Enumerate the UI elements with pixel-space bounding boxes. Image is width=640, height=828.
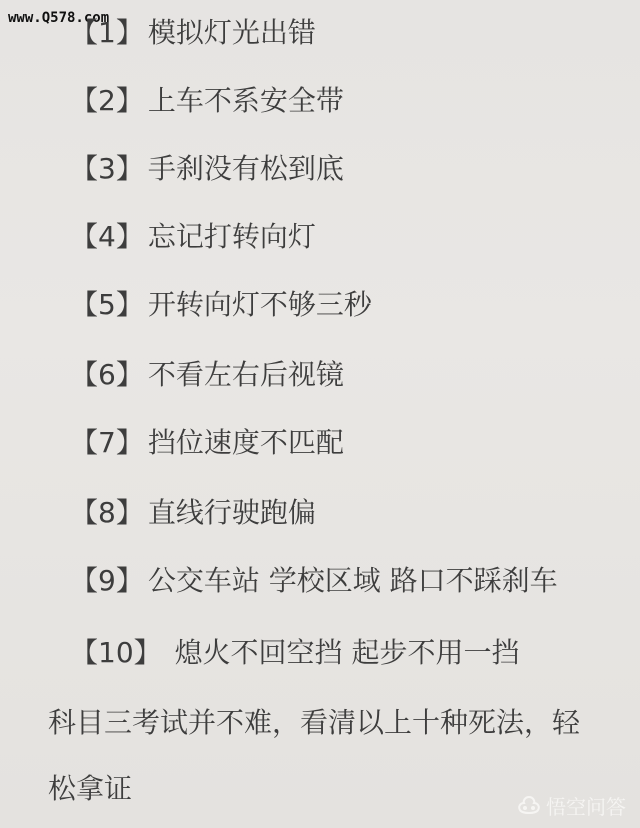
- brand-watermark: 悟空问答: [516, 791, 626, 820]
- list-item: 【10】 熄火不回空挡 起步不用一挡: [70, 636, 519, 670]
- list-item: 【4】忘记打转向灯: [70, 220, 316, 254]
- wukong-logo-icon: [516, 795, 542, 817]
- list-item: 【3】手刹没有松到底: [70, 152, 344, 186]
- list-item: 【7】挡位速度不匹配: [70, 426, 344, 460]
- list-item: 【2】上车不系安全带: [70, 84, 344, 118]
- conclusion-line-2: 松拿证: [48, 772, 132, 806]
- list-item: 【1】模拟灯光出错: [70, 16, 316, 50]
- list-item: 【8】直线行驶跑偏: [70, 496, 316, 530]
- conclusion-line-1: 科目三考试并不难，看清以上十种死法，轻: [48, 706, 580, 740]
- list-item: 【5】开转向灯不够三秒: [70, 288, 372, 322]
- brand-name: 悟空问答: [546, 791, 626, 820]
- list-item: 【9】公交车站 学校区域 路口不踩刹车: [70, 564, 558, 598]
- list-item: 【6】不看左右后视镜: [70, 358, 344, 392]
